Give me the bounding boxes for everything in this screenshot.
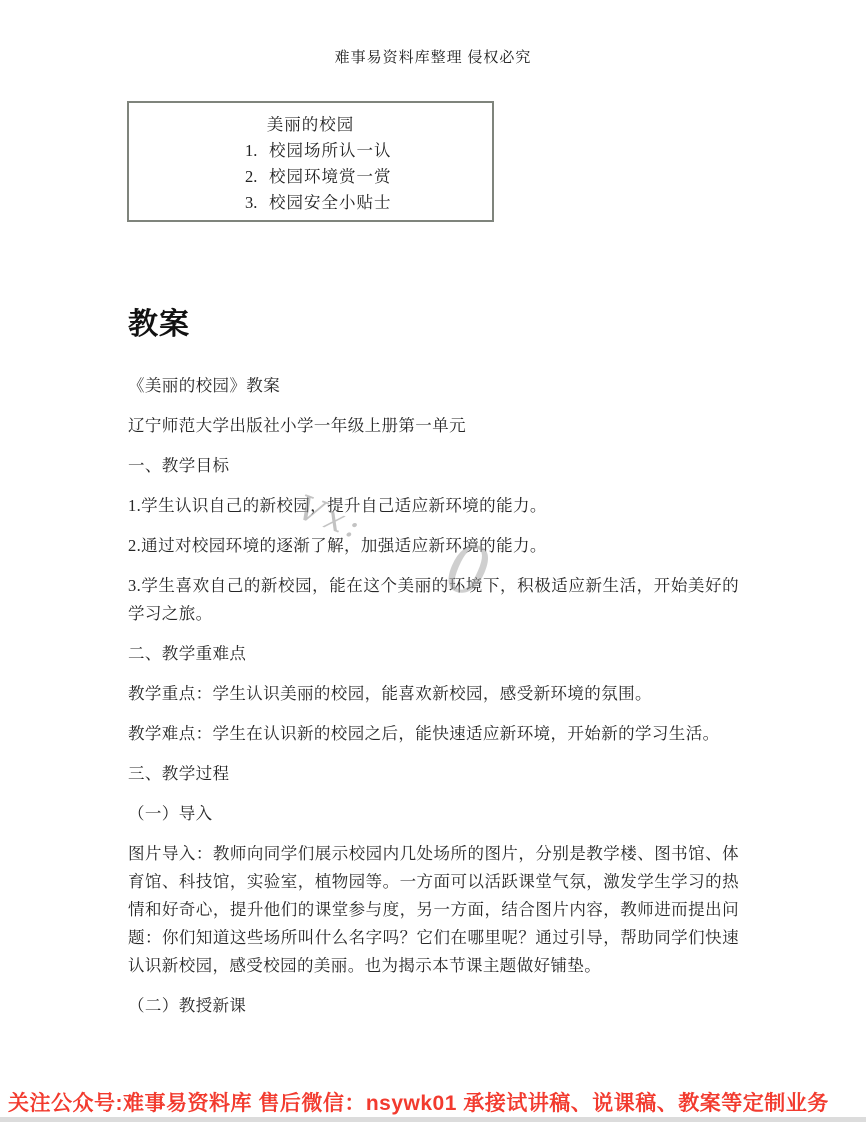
- list-item: 2. 校园环境赏一赏: [245, 164, 492, 190]
- list-item-label: 校园场所认一认: [269, 138, 392, 164]
- section-heading-key-points: 二、教学重难点: [128, 640, 739, 668]
- courseware-list: 1. 校园场所认一认 2. 校园环境赏一赏 3. 校园安全小贴士: [129, 138, 492, 216]
- paragraph-difficult-point: 教学难点：学生在认识新的校园之后，能快速适应新环境，开始新的学习生活。: [128, 720, 739, 748]
- document-body: 教案 《美丽的校园》教案 辽宁师范大学出版社小学一年级上册第一单元 一、教学目标…: [128, 304, 739, 1032]
- subsection-heading-new-lesson: （二）教授新课: [128, 992, 739, 1020]
- header-watermark-note: 难事易资料库整理 侵权必究: [0, 46, 866, 67]
- paragraph-publisher: 辽宁师范大学出版社小学一年级上册第一单元: [128, 412, 739, 440]
- list-item: 3. 校园安全小贴士: [245, 190, 492, 216]
- section-heading-process: 三、教学过程: [128, 760, 739, 788]
- list-item-number: 2.: [245, 164, 269, 190]
- courseware-outline-box: 美丽的校园 1. 校园场所认一认 2. 校园环境赏一赏 3. 校园安全小贴士: [127, 101, 494, 222]
- paragraph-lesson-title: 《美丽的校园》教案: [128, 372, 739, 400]
- page-title: 教案: [128, 304, 739, 346]
- subsection-heading-intro: （一）导入: [128, 800, 739, 828]
- list-item-label: 校园环境赏一赏: [269, 164, 392, 190]
- courseware-title: 美丽的校园: [129, 114, 492, 136]
- promo-footer-banner: 关注公众号:难事易资料库 售后微信：nsywk01 承接试讲稿、说课稿、教案等定…: [0, 1091, 866, 1117]
- paragraph-key-point: 教学重点：学生认识美丽的校园，能喜欢新校园，感受新环境的氛围。: [128, 680, 739, 708]
- paragraph-intro-detail: 图片导入：教师向同学们展示校园内几处场所的图片，分别是教学楼、图书馆、体育馆、科…: [128, 840, 739, 980]
- paragraph-objective-1: 1.学生认识自己的新校园，提升自己适应新环境的能力。: [128, 492, 739, 520]
- list-item-number: 3.: [245, 190, 269, 216]
- section-heading-objectives: 一、教学目标: [128, 452, 739, 480]
- document-page: 难事易资料库整理 侵权必究 美丽的校园 1. 校园场所认一认 2. 校园环境赏一…: [0, 0, 866, 1122]
- bottom-edge-strip: [0, 1117, 866, 1122]
- list-item: 1. 校园场所认一认: [245, 138, 492, 164]
- paragraph-objective-3: 3.学生喜欢自己的新校园，能在这个美丽的环境下，积极适应新生活，开始美好的学习之…: [128, 572, 739, 628]
- list-item-label: 校园安全小贴士: [269, 190, 392, 216]
- list-item-number: 1.: [245, 138, 269, 164]
- paragraph-objective-2: 2.通过对校园环境的逐渐了解，加强适应新环境的能力。: [128, 532, 739, 560]
